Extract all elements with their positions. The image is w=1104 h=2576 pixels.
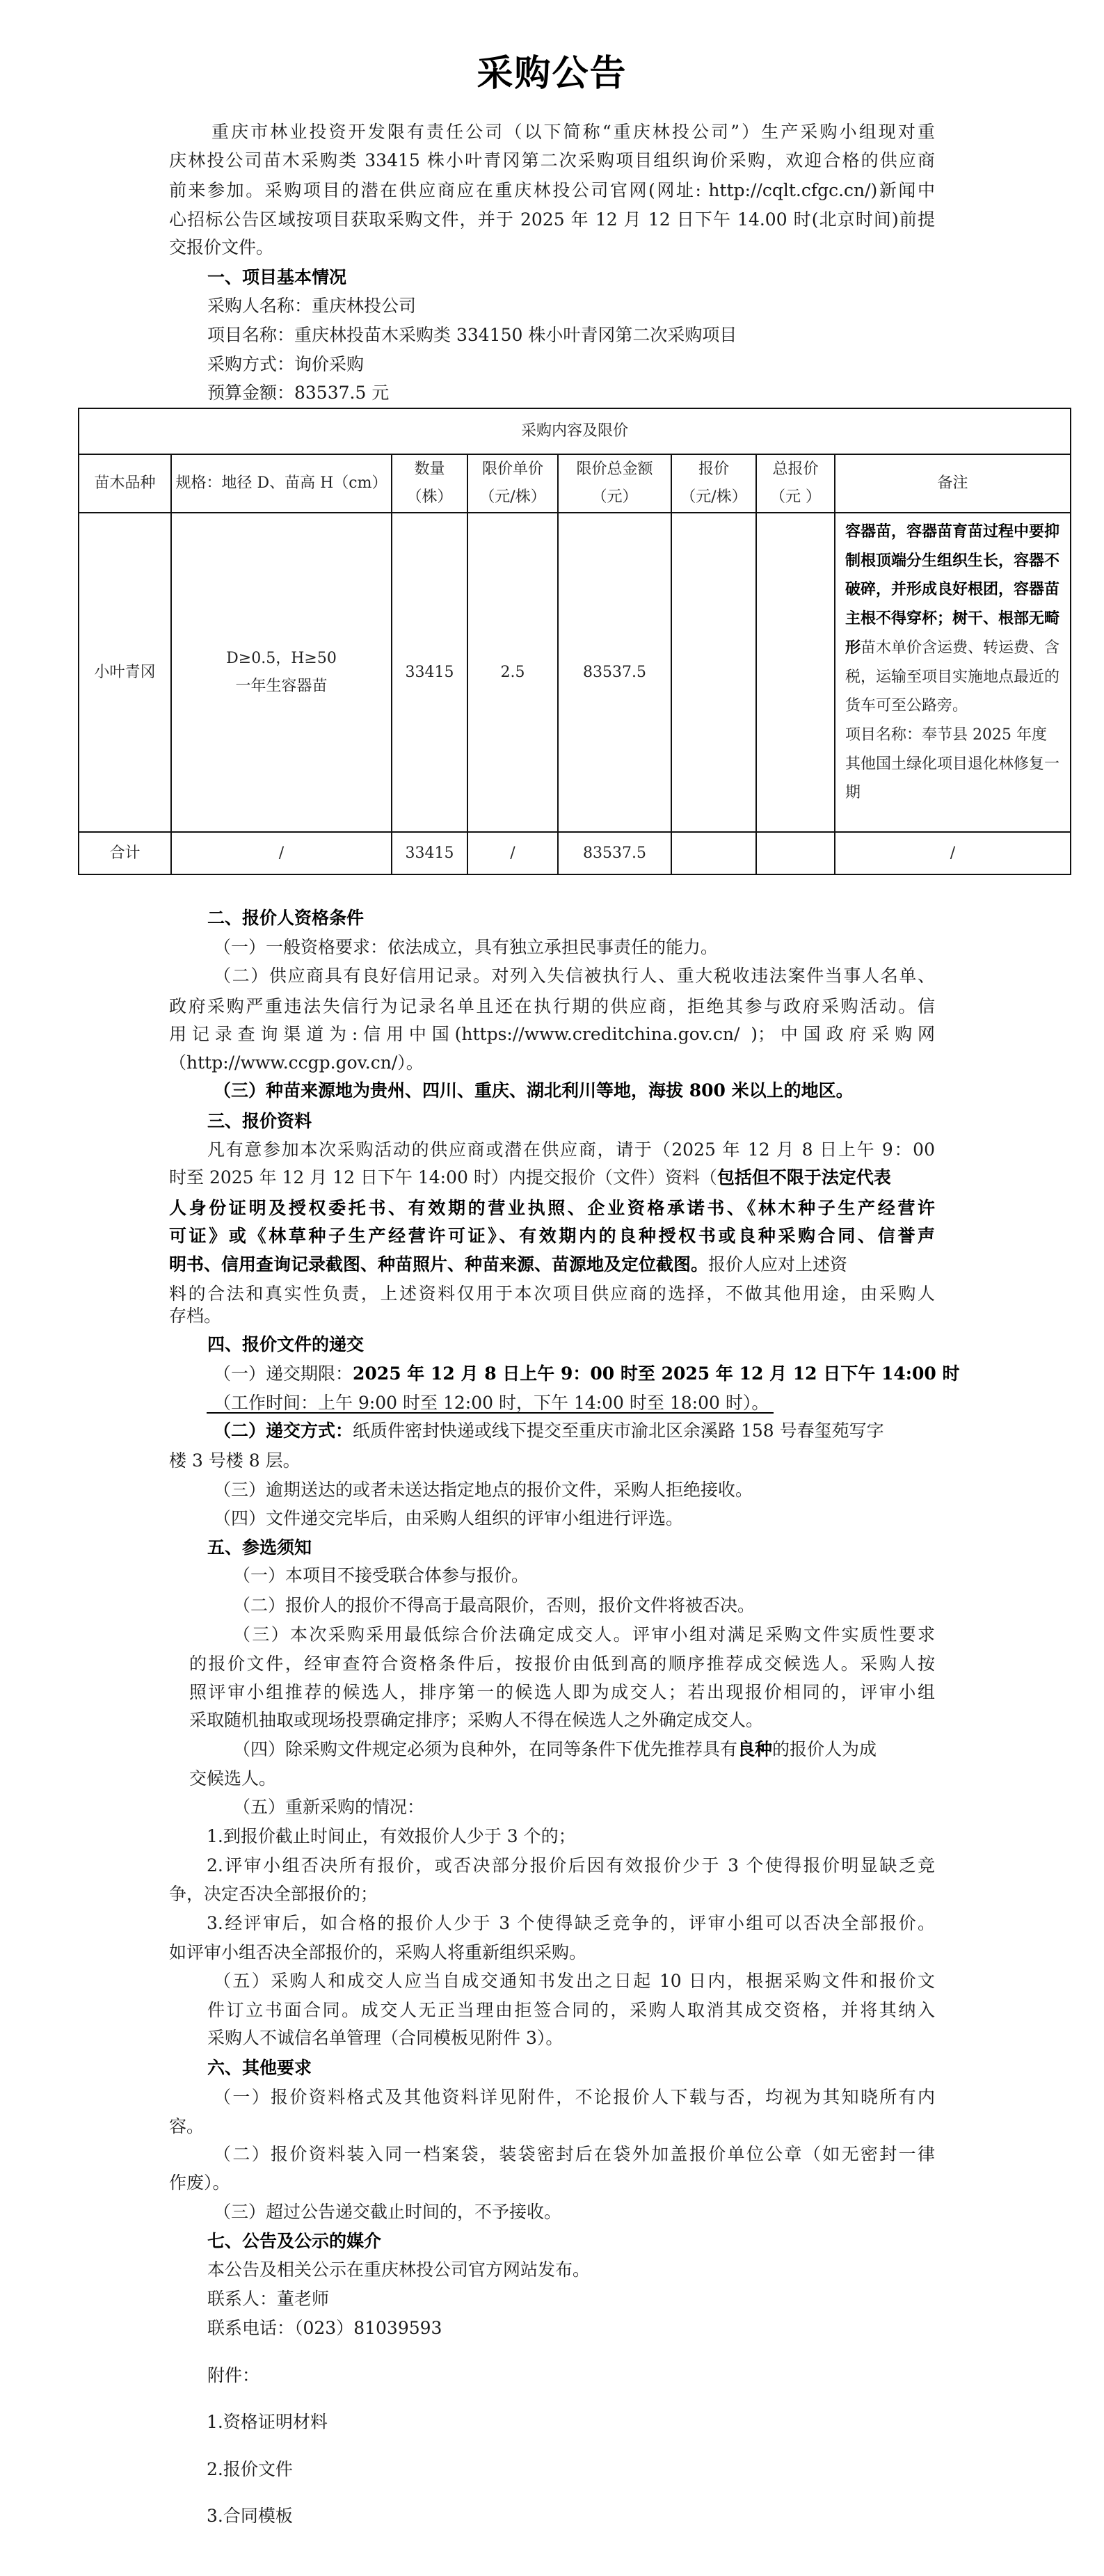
table-caption: 采购内容及限价 (79, 408, 1071, 454)
section-heading-media: 七、公告及公示的媒介 (207, 2227, 381, 2256)
notice-item-4: （四）除采购文件规定必须为良种外，在同等条件下优先推荐具有良种的报价人为成 (233, 1735, 935, 1764)
cell-unit-price: 2.5 (467, 513, 558, 832)
materials-line: 料的合法和真实性负责，上述资料仅用于本次项目供应商的选择，不做其他用途，由采购人 (169, 1279, 935, 1309)
qualification-credit-line: 用记录查询渠道为:信用中国(https://www.creditchina.go… (169, 1020, 935, 1049)
materials-line: 人身份证明及授权委托书、有效期的营业执照、企业资格承诺书、《林木种子生产经营许 (169, 1194, 935, 1223)
remark-pricing: 苗木单价含运费、转运费、含税，运输至项目实施地点最近的货车可至公路旁。 (845, 639, 1059, 714)
header-spec: 规格：地径 D、苗高 H（cm） (171, 454, 392, 513)
rebid-heading: （五）重新采购的情况： (233, 1793, 424, 1822)
materials-line: 凡有意参加本次采购活动的供应商或潜在供应商，请于（2025 年 12 月 8 日… (207, 1135, 935, 1165)
total-remark: / (835, 832, 1071, 874)
contact-person: 联系人：董老师 (207, 2285, 329, 2314)
other-item-1-cont: 容。 (169, 2112, 204, 2141)
publish-note: 本公告及相关公示在重庆林投公司官方网站发布。 (207, 2255, 590, 2285)
cell-quantity: 33415 (392, 513, 467, 832)
intro-line: 交报价文件。 (169, 233, 273, 262)
header-total-limit: 限价总金额（元） (558, 454, 671, 513)
project-name: 项目名称：重庆林投苗木采购类 334150 株小叶青冈第二次采购项目 (207, 321, 737, 350)
qualification-credit-line: （http://www.ccgp.gov.cn/）。 (169, 1048, 424, 1078)
rebid-case-2-cont: 争，决定否决全部报价的； (169, 1880, 378, 1909)
section-heading-qualifications: 二、报价人资格条件 (207, 904, 364, 933)
materials-line: 存档。 (169, 1302, 221, 1331)
notice-item-4-cont: 交候选人。 (189, 1764, 276, 1793)
rebid-case-3: 3.经评审后，如合格的报价人少于 3 个使得缺乏竞争的，评审小组可以否决全部报价… (207, 1909, 935, 1938)
other-item-3: （三）超过公告递交截止时间的，不予接收。 (214, 2198, 561, 2227)
notice-item-3-line: 照评审小组推荐的候选人，排序第一的候选人即为成交人；若出现报价相同的，评审小组 (189, 1678, 935, 1707)
intro-line: 庆林投公司苗木采购类 33415 株小叶青冈第二次采购项目组织询价采购，欢迎合格… (169, 146, 935, 175)
cell-spec: D≥0.5，H≥50一年生容器苗 (171, 513, 392, 832)
remark-project: 项目名称：奉节县 2025 年度其他国土绿化项目退化林修复一期 (845, 726, 1059, 801)
notice-item-3-line: 采取随机抽取或现场投票确定排序；采购人不得在候选人之外确定成交人。 (189, 1706, 763, 1735)
attachment-link[interactable]: 2.报价文件 (207, 2455, 293, 2484)
notice-item-1: （一）本项目不接受联合体参与报价。 (233, 1561, 529, 1590)
total-limit: 83537.5 (558, 832, 671, 874)
intro-line: 前来参加。采购项目的潜在供应商应在重庆林投公司官网(网址: http://cql… (169, 176, 935, 205)
rebid-case-3-cont: 如评审小组否决全部报价的，采购人将重新组织采购。 (169, 1938, 586, 1967)
header-total-quote: 总报价（元 ） (756, 454, 835, 513)
cell-remarks: 容器苗，容器苗育苗过程中要抑制根顶端分生组织生长，容器不破碎，并形成良好根团，容… (835, 513, 1071, 832)
remark-requirements: 容器苗，容器苗育苗过程中要抑制根顶端分生组织生长，容器不破碎，并形成良好根团，容… (845, 522, 1059, 657)
section-heading-quote-materials: 三、报价资料 (207, 1107, 312, 1136)
qualification-general: （一）一般资格要求：依法成立，具有独立承担民事责任的能力。 (214, 933, 718, 962)
contract-line: 采购人不诚信名单管理（合同模板见附件 3）。 (207, 2024, 563, 2053)
header-unit-price-limit: 限价单价（元/株） (467, 454, 558, 513)
total-quote (671, 832, 756, 874)
header-quantity: 数量（株） (392, 454, 467, 513)
rebid-case-1: 1.到报价截止时间止，有效报价人少于 3 个的； (207, 1822, 576, 1851)
qualification-credit-line: 政府采购严重违法失信行为记录名单且还在执行期的供应商，拒绝其参与政府采购活动。信 (169, 992, 935, 1021)
section-heading-basic-info: 一、项目基本情况 (207, 263, 346, 292)
cell-variety: 小叶青冈 (79, 513, 171, 832)
header-quote: 报价（元/株） (671, 454, 756, 513)
attachment-link[interactable]: 3.合同模板 (207, 2502, 293, 2531)
working-hours-underline (207, 1412, 774, 1414)
other-item-1: （一）报价资料格式及其他资料详见附件，不论报价人下载与否，均视为其知晓所有内 (214, 2083, 935, 2112)
procurement-table: 采购内容及限价 苗木品种 规格：地径 D、苗高 H（cm） 数量（株） 限价单价… (78, 408, 1071, 875)
table-row: 小叶青冈 D≥0.5，H≥50一年生容器苗 33415 2.5 83537.5 … (79, 513, 1071, 832)
notice-item-3-line: （三）本次采购采用最低综合价法确定成交人。评审小组对满足采购文件实质性要求 (233, 1620, 935, 1649)
other-item-2: （二）报价资料装入同一档案袋，装袋密封后在袋外加盖报价单位公章（如无密封一律 (214, 2140, 935, 2169)
materials-line: 明书、信用查询记录截图、种苗照片、种苗来源、苗源地及定位截图。报价人应对上述资 (169, 1250, 935, 1279)
total-unit-price: / (467, 832, 558, 874)
total-label: 合计 (79, 832, 171, 874)
attachment-link[interactable]: 1.资格证明材料 (207, 2408, 328, 2437)
purchaser-name: 采购人名称：重庆林投公司 (207, 291, 416, 321)
attachments-label: 附件： (207, 2361, 259, 2390)
section-heading-notice: 五、参选须知 (207, 1533, 312, 1562)
contact-phone: 联系电话：（023）81039593 (207, 2314, 442, 2343)
notice-item-2: （二）报价人的报价不得高于最高限价，否则，报价文件将被否决。 (233, 1591, 755, 1620)
rebid-case-2: 2.评审小组否决所有报价，或否决部分报价后因有效报价少于 3 个使得报价明显缺乏… (207, 1851, 935, 1880)
budget-amount: 预算金额：83537.5 元 (207, 378, 389, 408)
page-title: 采购公告 (0, 53, 1104, 95)
submission-deadline: （一）递交期限：2025 年 12 月 8 日上午 9：00 时至 2025 年… (214, 1359, 960, 1389)
evaluation-note: （四）文件递交完毕后，由采购人组织的评审小组进行评选。 (214, 1504, 683, 1533)
contract-line: 件订立书面合同。成交人无正当理由拒签合同的，采购人取消其成交资格，并将其纳入 (207, 1996, 935, 2025)
cell-total-limit: 83537.5 (558, 513, 671, 832)
intro-line: 心招标公告区域按项目获取采购文件，并于 2025 年 12 月 12 日下午 1… (169, 205, 935, 234)
total-quantity: 33415 (392, 832, 467, 874)
header-remarks: 备注 (835, 454, 1071, 513)
table-total-row: 合计 / 33415 / 83537.5 / (79, 832, 1071, 874)
materials-line: 可证》或《林草种子生产经营许可证》、有效期内的良种授权书或良种采购合同、信誉声 (169, 1222, 935, 1251)
other-item-2-cont: 作废）。 (169, 2168, 230, 2198)
header-variety: 苗木品种 (79, 454, 171, 513)
procurement-method: 采购方式：询价采购 (207, 350, 364, 379)
total-total-quote (756, 832, 835, 874)
qualification-credit-line: （二）供应商具有良好信用记录。对列入失信被执行人、重大税收违法案件当事人名单、 (214, 961, 935, 991)
notice-item-3-line: 的报价文件，经审查符合资格条件后，按报价由低到高的顺序推荐成交候选人。采购人按 (189, 1649, 935, 1679)
section-heading-submission: 四、报价文件的递交 (207, 1330, 364, 1359)
materials-line: 时至 2025 年 12 月 12 日下午 14:00 时）内提交报价（文件）资… (169, 1163, 935, 1192)
submission-method: （二）递交方式：纸质件密封快递或线下提交至重庆市渝北区余溪路 158 号春玺苑写… (214, 1416, 884, 1446)
section-heading-other: 六、其他要求 (207, 2054, 312, 2083)
total-spec: / (171, 832, 392, 874)
cell-total-quote (756, 513, 835, 832)
table-header-row: 苗木品种 规格：地径 D、苗高 H（cm） 数量（株） 限价单价（元/株） 限价… (79, 454, 1071, 513)
late-submission: （三）逾期送达的或者未送达指定地点的报价文件，采购人拒绝接收。 (214, 1475, 753, 1505)
contract-line: （五）采购人和成交人应当自成交通知书发出之日起 10 日内，根据采购文件和报价文 (214, 1967, 935, 1996)
intro-line: 重庆市林业投资开发限有责任公司（以下简称“重庆林投公司”）生产采购小组现对重 (211, 118, 935, 147)
qualification-seed-source: （三）种苗来源地为贵州、四川、重庆、湖北利川等地，海拔 800 米以上的地区。 (214, 1076, 854, 1105)
cell-quote (671, 513, 756, 832)
submission-address-cont: 楼 3 号楼 8 层。 (169, 1446, 301, 1475)
